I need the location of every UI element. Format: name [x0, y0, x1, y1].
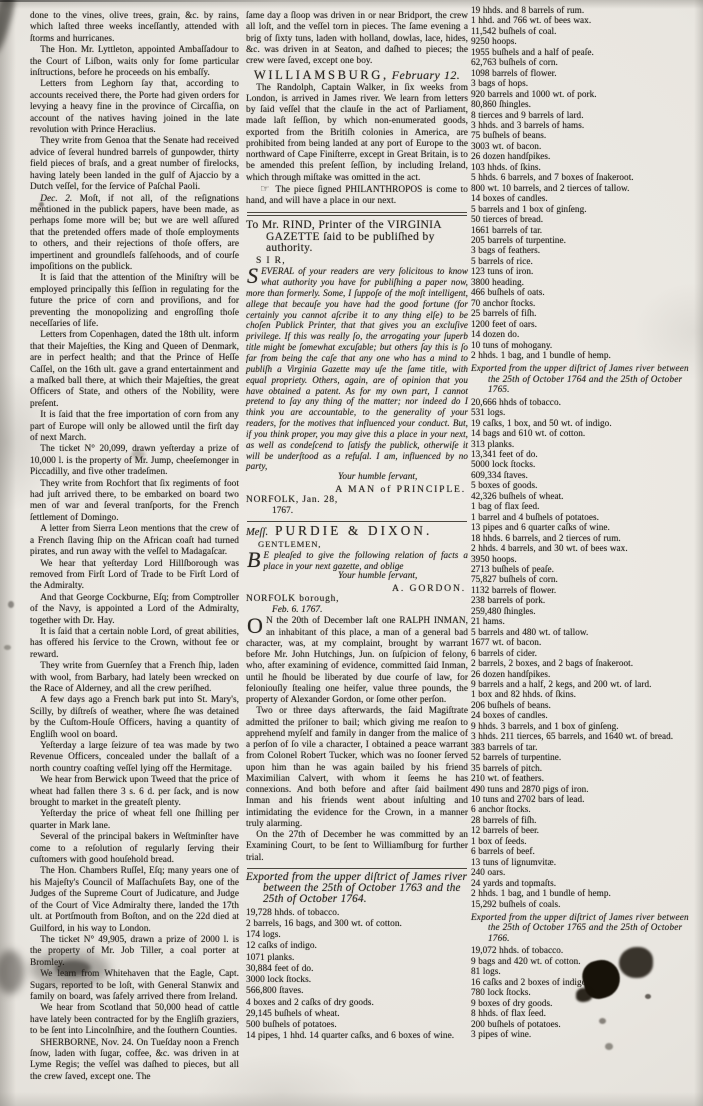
text-span: It is ſaid that a certain noble Lord, of…	[30, 627, 239, 660]
text-span: They write from Genoa that the Senate ha…	[30, 136, 239, 192]
text-span: 3800 heading.	[471, 277, 524, 287]
text-span: 16 caſks and 2 boxes of indigo.	[471, 977, 589, 987]
export-item: 205 barrels of turpentine.	[471, 235, 697, 245]
export-item: 29,145 buſhels of wheat.	[246, 1009, 468, 1020]
ink-speck	[4, 645, 11, 650]
export-item: 1071 planks.	[246, 953, 468, 964]
paragraph: We hear that yeſterday Lord Hillſborough…	[30, 559, 239, 593]
paragraph: They write from Genoa that the Senate ha…	[30, 136, 239, 193]
export-item: 35 barrels of pitch.	[471, 763, 697, 773]
text-span: 8 tierces and 9 barrels of lard.	[471, 110, 584, 120]
ink-speck	[605, 1043, 613, 1050]
export-item: 1 barrel and 4 buſhels of potatoes.	[471, 512, 697, 522]
export-item: 2713 buſhels of peaſe.	[471, 564, 697, 574]
export-item: 24 boxes of candles.	[471, 710, 697, 720]
paragraph: We learn from Whitehaven that the Eagle,…	[30, 969, 239, 1003]
text-span: GENTLEMEN,	[258, 539, 321, 549]
export-item: 4 boxes and 2 caſks of dry goods.	[246, 998, 468, 1009]
text-span: 5 hhds. 6 barrels, and 7 boxes of ſnaker…	[471, 172, 634, 182]
text-span: 8 hhds. of flax ſeed.	[471, 1008, 546, 1018]
export-item: 2 hhds. 4 barrels, and 30 wt. of bees wa…	[471, 543, 697, 553]
text-span: A MAN of PRINCIPLE.	[335, 484, 466, 495]
export-item: 5 barrels and 480 wt. of tallow.	[471, 627, 697, 637]
column-3: 19 hhds. and 8 barrels of rum.1 hhd. and…	[471, 5, 697, 1039]
export-item: 19,072 hhds. of tobacco.	[471, 945, 697, 955]
export-item: 2 hhds. 1 bag, and 1 bundle of hemp.	[471, 888, 697, 898]
text-span: 2 barrels, 2 boxes, and 2 bags of ſnaker…	[471, 658, 633, 668]
text-span: February 12.	[392, 68, 460, 82]
text-span: 2 barrels, 16 bags, and 300 wt. of cotto…	[246, 919, 402, 929]
text-span: 3003 wt. of bacon.	[471, 141, 541, 151]
dateline: 1767.	[246, 506, 468, 517]
dateline: NORFOLK, Jan. 28,	[246, 495, 468, 506]
ink-smudge	[0, 950, 24, 994]
text-span: 566,800 ſtaves.	[246, 986, 304, 996]
text-span: S I R,	[256, 255, 286, 266]
paragraph: SHERBORNE, Nov. 24. On Tueſday noon a Fr…	[30, 1038, 239, 1084]
text-span: 2 hhds. 1 bag, and 1 bundle of hemp.	[471, 350, 611, 360]
text-span: Dec. 2.	[40, 194, 72, 204]
text-span: Letters from Copenhagen, dated the 18th …	[30, 330, 239, 408]
text-span: Yeſterday the price of wheat fell one ſh…	[30, 809, 239, 830]
export-item: 3 hhds. and 3 barrels of hams.	[471, 120, 697, 130]
export-item: 18 hhds. 6 barrels, and 2 tierces of rum…	[471, 533, 697, 543]
text-span: Several of the principal bakers in Weſtm…	[30, 832, 239, 865]
paragraph: Yeſterday a large ſeizure of tea was mad…	[30, 741, 239, 775]
export-item: 200 buſhels of potatoes.	[471, 1019, 697, 1029]
export-item: 9 hhds. 3 barrels, and 1 box of ginſeng.	[471, 721, 697, 731]
export-item: 11,542 buſhels of coal.	[471, 26, 697, 36]
export-item: 19,728 hhds. of tobacco.	[246, 908, 468, 919]
export-item: 52 barrels of turpentine.	[471, 752, 697, 762]
text-span: 62,763 buſhels of corn.	[471, 57, 558, 67]
export-item: 9250 hoops.	[471, 36, 697, 46]
export-item: 25 barrels of fiſh.	[471, 308, 697, 318]
export-item: 240 oars.	[471, 867, 697, 877]
text-span: 20,666 hhds of tobacco.	[471, 397, 561, 407]
export-item: 6 barrels of cider.	[471, 648, 697, 658]
scan-edge-mark	[0, 0, 19, 55]
paragraph: They write from Rochfort that ſix regime…	[30, 479, 239, 525]
dateline: Feb. 6. 1767.	[246, 605, 468, 616]
text-span: 531 logs.	[471, 407, 505, 417]
export-item: 12 caſks of indigo.	[246, 941, 468, 952]
paragraph: ON the 20th of December laſt one RALPH I…	[246, 616, 468, 706]
text-span: E pleaſed to give the following relation…	[264, 550, 469, 571]
drop-cap: S	[246, 266, 261, 286]
export-item: 3 bags of hops.	[471, 78, 697, 88]
export-item: 10 tuns of mohogany.	[471, 340, 697, 350]
export-item: 81 logs.	[471, 966, 697, 976]
signature: A MAN of PRINCIPLE.	[246, 484, 468, 495]
text-span: 75 buſhels of beans.	[471, 130, 546, 140]
paragraph: A few days ago a French bark put into St…	[30, 695, 239, 741]
export-item: 14 pipes, 1 hhd. 14 quarter caſks, and 6…	[246, 1031, 468, 1042]
export-item: 62,763 buſhels of corn.	[471, 57, 697, 67]
text-span: 500 buſhels of potatoes.	[246, 1020, 337, 1030]
text-span: 9 barrels and a half, 2 kegs, and 200 wt…	[471, 679, 652, 689]
paragraph: They write from Guernſey that a French ſ…	[30, 661, 239, 695]
text-span: Exported from the upper diſtrict of Jame…	[471, 363, 689, 394]
text-span: 10 tuns of mohogany.	[471, 340, 552, 350]
salutation: GENTLEMEN,	[246, 539, 468, 550]
text-span: A letter from Sierra Leon mentions that …	[30, 524, 239, 557]
text-span: Moſt, if not all, of the reſignations me…	[30, 194, 239, 272]
export-item: 1661 barrels of tar.	[471, 225, 697, 235]
text-span: 3950 hoops.	[471, 554, 517, 564]
export-item: 6 barrels of beef.	[471, 846, 697, 856]
export-item: 26 dozen handſpikes.	[471, 151, 697, 161]
paragraph: It is ſaid that the attention of the Min…	[30, 273, 239, 330]
export-item: 13 tuns of lignumvitæ.	[471, 857, 697, 867]
text-span: N the 20th of December laſt one RALPH IN…	[246, 616, 468, 705]
signature: A. GORDON.	[246, 583, 468, 594]
text-span: 3 hhds. 211 tierces, 65 barrels, and 164…	[471, 731, 673, 741]
text-span: 9 boxes of dry goods.	[471, 998, 552, 1008]
export-item: 1 bag of flax ſeed.	[471, 501, 697, 511]
text-span: 26 dozen handſpikes.	[471, 151, 550, 161]
text-span: 205 barrels of turpentine.	[471, 235, 566, 245]
export-item: 206 buſhels of beans.	[471, 700, 697, 710]
section-heading: Meſſ.PURDIE & DIXON.	[246, 525, 468, 538]
ink-speck	[8, 601, 14, 608]
text-span: 2 hhds. 1 bag, and 1 bundle of hemp.	[471, 888, 611, 898]
export-item: 3 hhds. 211 tierces, 65 barrels, and 164…	[471, 731, 697, 741]
export-item: 5000 lock ſtocks.	[471, 459, 697, 469]
text-span: 14 pipes, 1 hhd. 14 quarter caſks, and 6…	[246, 1031, 454, 1041]
text-span: 9250 hoops.	[471, 36, 517, 46]
paragraph: Letters from Copenhagen, dated the 18th …	[30, 330, 239, 410]
export-item: 9 bags and 420 wt. of cotton.	[471, 956, 697, 966]
text-span: 1 barrel and 4 buſhels of potatoes.	[471, 512, 599, 522]
scan-edge-shadow	[0, 0, 703, 2]
paragraph: Yeſterday the price of wheat fell one ſh…	[30, 809, 239, 832]
paragraph: Several of the principal bakers in Weſtm…	[30, 832, 239, 866]
text-span: 1 box of ſeeds.	[471, 836, 527, 846]
text-span: 30,884 feet of do.	[246, 964, 314, 974]
text-span: 240 oars.	[471, 867, 505, 877]
text-span: 5 barrels of rice.	[471, 256, 533, 266]
single-rule	[247, 868, 467, 869]
text-span: 5000 lock ſtocks.	[471, 459, 535, 469]
text-span: 1 box and 82 hhds. of ſkins.	[471, 689, 576, 699]
export-item: 2 barrels, 16 bags, and 300 wt. of cotto…	[246, 919, 468, 930]
export-item: 174 logs.	[246, 930, 468, 941]
text-span: 35 barrels of pitch.	[471, 763, 542, 773]
text-span: Your humble ſervant,	[338, 571, 417, 581]
paragraph: The ticket N° 20,099, drawn yeſterday a …	[30, 444, 239, 478]
paragraph: We hear from Scotland that 50,000 head o…	[30, 1003, 239, 1037]
export-item: 24 yards and topmaſts.	[471, 878, 697, 888]
text-span: 52 barrels of turpentine.	[471, 752, 561, 762]
text-span: 25 barrels of fiſh.	[471, 308, 536, 318]
letter-body: SEVERAL of your readers are very ſolicit…	[246, 266, 468, 472]
text-span: We hear from Scotland that 50,000 head o…	[30, 1003, 239, 1036]
text-span: 2 hhds. 4 barrels, and 30 wt. of bees wa…	[471, 543, 628, 553]
text-span: 19,728 hhds. of tobacco.	[246, 908, 339, 918]
paragraph: Dec. 2. Moſt, if not all, of the reſigna…	[30, 194, 239, 274]
export-item: 3 bags of feathers.	[471, 245, 697, 255]
export-item: 5 barrels of rice.	[471, 256, 697, 266]
text-span: 9 hhds. 3 barrels, and 1 box of ginſeng.	[471, 721, 619, 731]
text-span: We hear that yeſterday Lord Hillſborough…	[30, 559, 239, 592]
text-span: A. GORDON.	[392, 583, 466, 594]
text-span: SHERBORNE, Nov. 24. On Tueſday noon a Fr…	[30, 1038, 239, 1082]
text-span: 19 caſks, 1 box, and 50 wt. of indigo.	[471, 418, 612, 428]
export-item: 2 hhds. 1 bag, and 1 bundle of hemp.	[471, 350, 697, 360]
text-span: 21 hams.	[471, 616, 505, 626]
export-item: 12 barrels of beer.	[471, 825, 697, 835]
text-span: 383 barrels of tar.	[471, 742, 538, 752]
paragraph: Two or three days afterwards, the ſaid M…	[246, 706, 468, 830]
export-item: 70 anchor ſtocks.	[471, 298, 697, 308]
text-span: 5 barrels and 480 wt. of tallow.	[471, 627, 588, 637]
text-span: 1071 planks.	[246, 953, 294, 963]
text-span: Meſſ.	[246, 527, 268, 538]
text-span: 12 barrels of beer.	[471, 825, 539, 835]
text-span: 5 barrels and 1 box of ginſeng.	[471, 204, 587, 214]
export-item: 780 lock ſtocks.	[471, 987, 697, 997]
export-item: 238 barrels of pork.	[471, 595, 697, 605]
text-span: 3 pipes of wine.	[471, 1029, 531, 1039]
text-span: Two or three days afterwards, the ſaid M…	[246, 706, 468, 829]
export-item: 20,666 hhds of tobacco.	[471, 397, 697, 407]
export-item: 123 tuns of iron.	[471, 266, 697, 276]
export-item: 5 boxes of goods.	[471, 480, 697, 490]
text-span: 123 tuns of iron.	[471, 266, 533, 276]
export-item: 8 hhds. of flax ſeed.	[471, 1008, 697, 1018]
export-item: 490 tuns and 2870 pigs of iron.	[471, 784, 697, 794]
signature: Your humble ſervant,	[246, 472, 468, 483]
paragraph: A letter from Sierra Leon mentions that …	[30, 524, 239, 558]
export-item: 9 barrels and a half, 2 kegs, and 200 wt…	[471, 679, 697, 689]
text-span: 6 barrels of beef.	[471, 846, 535, 856]
export-item: 3 pipes of wine.	[471, 1029, 697, 1039]
text-span: 10 tuns and 2702 bars of lead.	[471, 794, 584, 804]
paragraph: done to the vines, olive trees, grain, &…	[30, 11, 239, 45]
text-span: 1677 wt. of bacon.	[471, 637, 541, 647]
export-item: 1 box of ſeeds.	[471, 836, 697, 846]
text-span: 29,145 buſhels of wheat.	[246, 1009, 340, 1019]
export-item: 313 planks.	[471, 439, 697, 449]
export-item: 16 caſks and 2 boxes of indigo.	[471, 977, 697, 987]
export-item: 19 hhds. and 8 barrels of rum.	[471, 5, 697, 15]
text-span: 12 caſks of indigo.	[246, 941, 317, 951]
drop-cap: B	[246, 550, 264, 570]
text-span: 14 bags and 610 wt. of cotton.	[471, 428, 585, 438]
dateline: NORFOLK borough,	[246, 594, 468, 605]
export-item: 1955 buſhels and a half of peaſe.	[471, 47, 697, 57]
text-span: 259,480 ſhingles.	[471, 606, 536, 616]
export-item: 1132 barrels of flower.	[471, 585, 697, 595]
export-item: 50 tierces of bread.	[471, 214, 697, 224]
letter-body: BE pleaſed to give the following relatio…	[246, 550, 468, 572]
export-item: 14 bags and 610 wt. of cotton.	[471, 428, 697, 438]
text-span: 19 hhds. and 8 barrels of rum.	[471, 5, 584, 15]
paragraph: It is ſaid that a certain noble Lord, of…	[30, 627, 239, 661]
text-span: 9 bags and 420 wt. of cotton.	[471, 956, 581, 966]
text-span: Exported from the upper diſtrict of Jame…	[471, 912, 689, 943]
export-item: 9 boxes of dry goods.	[471, 998, 697, 1008]
text-span: 3 bags of hops.	[471, 78, 528, 88]
export-item: 75,827 buſhels of corn.	[471, 574, 697, 584]
text-span: 1955 buſhels and a half of peaſe.	[471, 47, 594, 57]
text-span: The Randolph, Captain Walker, in ſix wee…	[246, 83, 468, 183]
export-item: 13 pipes and 6 quarter caſks of wine.	[471, 522, 697, 532]
text-span: 313 planks.	[471, 439, 514, 449]
export-item: 259,480 ſhingles.	[471, 606, 697, 616]
export-item: 103 hhds. of ſkins.	[471, 162, 697, 172]
text-span: 14 dozen do.	[471, 329, 519, 339]
text-span: 780 lock ſtocks.	[471, 987, 531, 997]
text-span: NORFOLK, Jan. 28,	[246, 495, 338, 505]
export-heading: Exported from the upper diſtrict of Jame…	[471, 363, 697, 394]
text-span: 103 hhds. of ſkins.	[471, 162, 541, 172]
paragraph: We hear from Berwick upon Tweed that the…	[30, 775, 239, 809]
text-span: And that George Cockburne, Eſq; from Com…	[30, 593, 239, 626]
paragraph: The ticket N° 49,905, drawn a prize of 2…	[30, 935, 239, 969]
text-span: 609,334 ſtaves.	[471, 470, 528, 480]
export-item: 6 anchor ſtocks.	[471, 804, 697, 814]
text-span: 28 barrels of fiſh.	[471, 815, 536, 825]
text-span: Exported from the upper diſtrict of Jame…	[246, 871, 467, 906]
text-span: 80,860 ſhingles.	[471, 99, 531, 109]
paragraph: It is ſaid that the free importation of …	[30, 410, 239, 444]
text-span: Your humble ſervant,	[338, 472, 417, 482]
export-item: 3003 wt. of bacon.	[471, 141, 697, 151]
text-span: 6 anchor ſtocks.	[471, 804, 531, 814]
text-span: 3000 lock ſtocks.	[246, 975, 311, 985]
text-span: 5 boxes of goods.	[471, 480, 537, 490]
text-span: 14 boxes of candles.	[471, 193, 548, 203]
export-heading: Exported from the upper diſtrict of Jame…	[471, 912, 697, 943]
text-span: They write from Rochfort that ſix regime…	[30, 479, 239, 523]
text-span: 1132 barrels of flower.	[471, 585, 556, 595]
text-span: 26 dozen handſpikes.	[471, 669, 550, 679]
export-item: 566,800 ſtaves.	[246, 986, 468, 997]
text-span: 490 tuns and 2870 pigs of iron.	[471, 784, 589, 794]
text-span: 3 bags of feathers.	[471, 245, 540, 255]
text-span: 50 tierces of bread.	[471, 214, 543, 224]
export-item: 42,326 buſhels of wheat.	[471, 491, 697, 501]
text-span: On the 27th of December he was committed…	[246, 830, 468, 863]
export-item: 80,860 ſhingles.	[471, 99, 697, 109]
export-item: 800 wt. 10 barrels, and 2 tierces of tal…	[471, 183, 697, 193]
text-span: 174 logs.	[246, 930, 281, 940]
export-item: 920 barrels and 1000 wt. of pork.	[471, 89, 697, 99]
export-item: 13,341 feet of do.	[471, 449, 697, 459]
paragraph: ſame day a ſloop was driven in or near B…	[246, 11, 468, 67]
text-span: We hear from Berwick upon Tweed that the…	[30, 775, 239, 808]
export-item: 466 buſhels of oats.	[471, 287, 697, 297]
export-item: 3950 hoops.	[471, 554, 697, 564]
export-item: 15,292 buſhels of coals.	[471, 899, 697, 909]
text-span: 466 buſhels of oats.	[471, 287, 545, 297]
column-2: ſame day a ſloop was driven in or near B…	[246, 11, 468, 1043]
text-span: 13 pipes and 6 quarter caſks of wine.	[471, 522, 610, 532]
section-heading: WILLIAMSBURG,February 12.	[246, 70, 468, 81]
paragraph: The Hon. Mr. Lyttleton, appointed Ambaſſ…	[30, 45, 239, 79]
export-item: 28 barrels of fiſh.	[471, 815, 697, 825]
text-span: 920 barrels and 1000 wt. of pork.	[471, 89, 597, 99]
text-span: done to the vines, olive trees, grain, &…	[30, 11, 239, 44]
export-item: 3000 lock ſtocks.	[246, 975, 468, 986]
export-item: 30,884 feet of do.	[246, 964, 468, 975]
text-span: 200 buſhels of potatoes.	[471, 1019, 561, 1029]
text-span: They write from Guernſey that a French ſ…	[30, 661, 239, 694]
text-span: It is ſaid that the attention of the Min…	[30, 273, 239, 329]
export-item: 1677 wt. of bacon.	[471, 637, 697, 647]
text-span: NORFOLK borough,	[246, 594, 339, 604]
text-span: 18 hhds. 6 barrels, and 2 tierces of rum…	[471, 533, 621, 543]
text-span: Yeſterday a large ſeizure of tea was mad…	[30, 741, 239, 774]
export-item: 10 tuns and 2702 bars of lead.	[471, 794, 697, 804]
newspaper-page-scan: done to the vines, olive trees, grain, &…	[0, 0, 703, 1106]
text-span: 800 wt. 10 barrels, and 2 tierces of tal…	[471, 183, 629, 193]
salutation: S I R,	[246, 255, 468, 266]
export-item: 19 caſks, 1 box, and 50 wt. of indigo.	[471, 418, 697, 428]
text-span: The Hon. Chambers Ruſſel, Eſq; many year…	[30, 866, 239, 933]
export-heading: Exported from the upper diſtrict of Jame…	[246, 872, 468, 906]
text-span: 75,827 buſhels of corn.	[471, 574, 558, 584]
text-span: 11,542 buſhels of coal.	[471, 26, 557, 36]
export-item: 14 boxes of candles.	[471, 193, 697, 203]
export-item: 14 dozen do.	[471, 329, 697, 339]
export-item: 2 barrels, 2 boxes, and 2 bags of ſnaker…	[471, 658, 697, 668]
text-span: Feb. 6. 1767.	[272, 605, 322, 615]
paragraph: On the 27th of December he was committed…	[246, 830, 468, 864]
export-item: 1200 feet of oars.	[471, 319, 697, 329]
single-rule	[247, 521, 467, 522]
text-span: ſame day a ſloop was driven in or near B…	[246, 11, 468, 66]
paragraph: And that George Cockburne, Eſq; from Com…	[30, 593, 239, 627]
export-item: 383 barrels of tar.	[471, 742, 697, 752]
export-item: 1 box and 82 hhds. of ſkins.	[471, 689, 697, 699]
paragraph: The Hon. Chambers Ruſſel, Eſq; many year…	[30, 866, 239, 934]
text-span: It is ſaid that the free importation of …	[30, 410, 239, 443]
export-item: 8 tierces and 9 barrels of lard.	[471, 110, 697, 120]
text-span: 6 barrels of cider.	[471, 648, 537, 658]
export-item: 21 hams.	[471, 616, 697, 626]
export-item: 609,334 ſtaves.	[471, 470, 697, 480]
text-span: A few days ago a French bark put into St…	[30, 695, 239, 739]
export-item: 1 hhd. and 766 wt. of bees wax.	[471, 15, 697, 25]
text-span: The piece ſigned PHILANTHROPOS is come t…	[246, 185, 468, 206]
paragraph: The Randolph, Captain Walker, in ſix wee…	[246, 83, 468, 184]
text-span: 1 bag of flax ſeed.	[471, 501, 540, 511]
signature: Your humble ſervant,	[246, 571, 468, 582]
text-span: The ticket N° 20,099, drawn yeſterday a …	[30, 444, 239, 477]
text-span: 1661 barrels of tar.	[471, 225, 542, 235]
text-span: 13,341 feet of do.	[471, 449, 538, 459]
text-span: 2713 buſhels of peaſe.	[471, 564, 554, 574]
export-item: 26 dozen handſpikes.	[471, 669, 697, 679]
text-span: 3 hhds. and 3 barrels of hams.	[471, 120, 584, 130]
text-span: PURDIE & DIXON.	[275, 523, 432, 538]
text-span: To Mr. RIND, Printer of the VIRGINIA GAZ…	[246, 219, 441, 254]
letter-address: To Mr. RIND, Printer of the VIRGINIA GAZ…	[246, 220, 468, 254]
export-item: 210 wt. of feathers.	[471, 773, 697, 783]
text-span: 1 hhd. and 766 wt. of bees wax.	[471, 15, 591, 25]
text-span: 238 barrels of pork.	[471, 595, 545, 605]
export-item: 5 hhds. 6 barrels, and 7 boxes of ſnaker…	[471, 172, 697, 182]
pointing-hand-icon: ☞	[260, 183, 269, 195]
text-span: 19,072 hhds. of tobacco.	[471, 945, 563, 955]
export-item: 500 buſhels of potatoes.	[246, 1020, 468, 1031]
text-span: 1767.	[272, 506, 293, 516]
text-span: 13 tuns of lignumvitæ.	[471, 857, 556, 867]
text-span: Letters from Leghorn ſay that, according…	[30, 79, 239, 135]
